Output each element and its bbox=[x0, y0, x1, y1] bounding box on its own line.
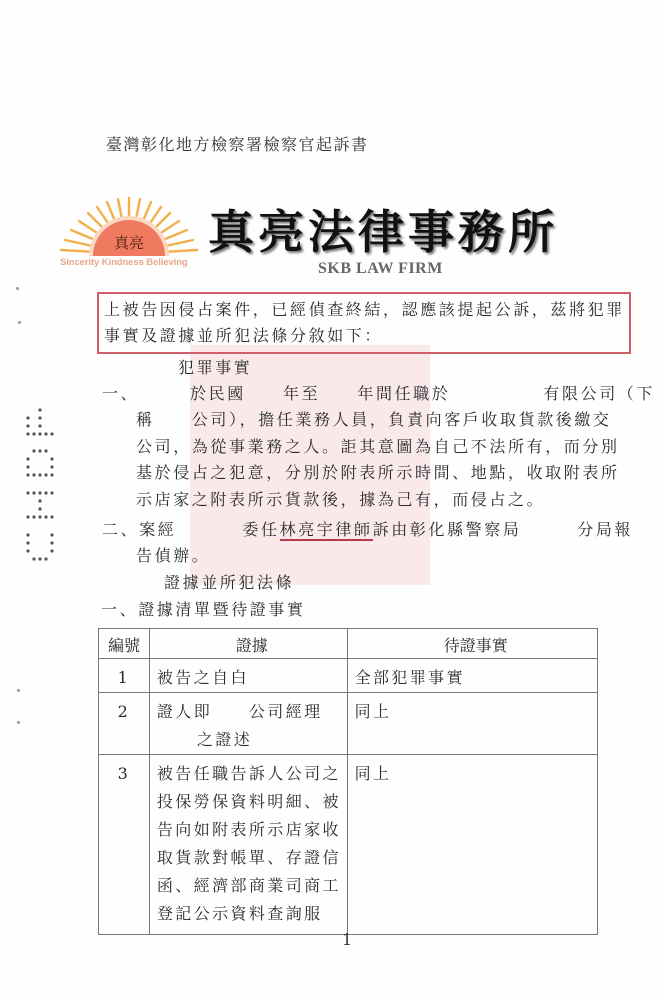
evidence-heading: 證據並所犯法條 bbox=[164, 570, 294, 596]
evidence-subheading: 一、證據清單暨待證事實 bbox=[101, 597, 306, 623]
item1-marker: 一、 bbox=[102, 381, 139, 407]
row-fact: 全部犯罪事實 bbox=[347, 659, 597, 693]
row-fact: 同上 bbox=[347, 755, 597, 935]
law-firm-logo: 真亮 Sincerity Kindness Believing bbox=[58, 196, 200, 272]
item2-marker: 二、 bbox=[102, 520, 139, 539]
row-number: 3 bbox=[99, 755, 150, 935]
column-header-fact: 待證事實 bbox=[347, 629, 597, 659]
lawyer-name-underlined: 林亮宇律師 bbox=[280, 520, 373, 541]
row-number: 1 bbox=[99, 659, 150, 693]
dot-matrix-stamp-icon bbox=[20, 405, 60, 575]
row-evidence: 被告任職告訴人公司之 投保勞保資料明細、被 告向如附表所示店家收 取貨款對帳單、… bbox=[149, 755, 347, 935]
sun-logo-icon: 真亮 bbox=[58, 196, 200, 258]
column-header-evidence: 證據 bbox=[149, 629, 347, 659]
row-evidence-line: 被告任職告訴人公司之 bbox=[157, 760, 347, 788]
table-header-row: 編號 證據 待證事實 bbox=[99, 629, 598, 659]
scan-speck bbox=[18, 321, 21, 324]
column-header-number: 編號 bbox=[99, 629, 150, 659]
item2-middle: 委任 bbox=[242, 520, 279, 539]
row-evidence-line: 證人即 公司經理 bbox=[157, 698, 347, 726]
row-fact: 同上 bbox=[347, 693, 597, 755]
svg-text:真亮: 真亮 bbox=[114, 234, 144, 252]
document-page: 臺灣彰化地方檢察署檢察官起訴書 bbox=[0, 0, 662, 1000]
firm-name-chinese: 真亮法律事務所 bbox=[208, 196, 558, 262]
table-row: 3 被告任職告訴人公司之 投保勞保資料明細、被 告向如附表所示店家收 取貨款對帳… bbox=[99, 755, 598, 935]
item2-suffix: 訴由彰化縣警察局 分局報 bbox=[373, 520, 633, 539]
scan-speck bbox=[16, 287, 19, 290]
item1-line-1: 於民國 年至 年間任職於 有限公司（下 bbox=[190, 381, 655, 407]
crime-facts-heading: 犯罪事實 bbox=[178, 355, 252, 381]
table-row: 1 被告之自白 全部犯罪事實 bbox=[99, 659, 598, 693]
item2-line-1: 二、案經委任林亮宇律師訴由彰化縣警察局 分局報 bbox=[102, 517, 633, 543]
row-evidence: 被告之自白 bbox=[149, 659, 347, 693]
row-evidence-line: 函、經濟部商業司商工 bbox=[157, 872, 347, 900]
item1-line-4: 基於侵占之犯意，分別於附表所示時間、地點，收取附表所 bbox=[136, 460, 620, 486]
row-evidence-line: 告向如附表所示店家收 bbox=[157, 816, 347, 844]
firm-name-english: SKB LAW FIRM bbox=[318, 260, 443, 278]
document-header-title: 臺灣彰化地方檢察署檢察官起訴書 bbox=[106, 132, 369, 155]
row-evidence-line: 之證述 bbox=[157, 726, 347, 754]
row-number: 2 bbox=[99, 693, 150, 755]
scan-speck bbox=[17, 689, 20, 692]
row-evidence-line: 登記公示資料查詢服 bbox=[157, 900, 347, 928]
item1-line-2: 稱 公司），擔任業務人員，負責向客戶收取貨款後繳交 bbox=[136, 407, 612, 433]
intro-paragraph: 上被告因侵占案件，已經偵查終結，認應該提起公訴，茲將犯罪事實及證據並所犯法條分敘… bbox=[104, 297, 626, 349]
scan-speck bbox=[17, 721, 20, 724]
page-number: 1 bbox=[342, 930, 352, 949]
row-evidence: 證人即 公司經理 之證述 bbox=[149, 693, 347, 755]
row-evidence-line: 投保勞保資料明細、被 bbox=[157, 788, 347, 816]
logo-tagline: Sincerity Kindness Believing bbox=[60, 257, 188, 268]
evidence-table: 編號 證據 待證事實 1 被告之自白 全部犯罪事實 2 證人即 公司經理 之證述… bbox=[98, 628, 598, 935]
item2-line-2: 告偵辦。 bbox=[136, 543, 210, 569]
item1-line-5: 示店家之附表所示貨款後，據為己有，而侵占之。 bbox=[136, 487, 545, 513]
row-evidence-line: 取貨款對帳單、存證信 bbox=[157, 844, 347, 872]
item2-prefix: 案經 bbox=[139, 520, 176, 539]
table-row: 2 證人即 公司經理 之證述 同上 bbox=[99, 693, 598, 755]
item1-line-3: 公司，為從事業務之人。詎其意圖為自己不法所有，而分別 bbox=[136, 434, 620, 460]
